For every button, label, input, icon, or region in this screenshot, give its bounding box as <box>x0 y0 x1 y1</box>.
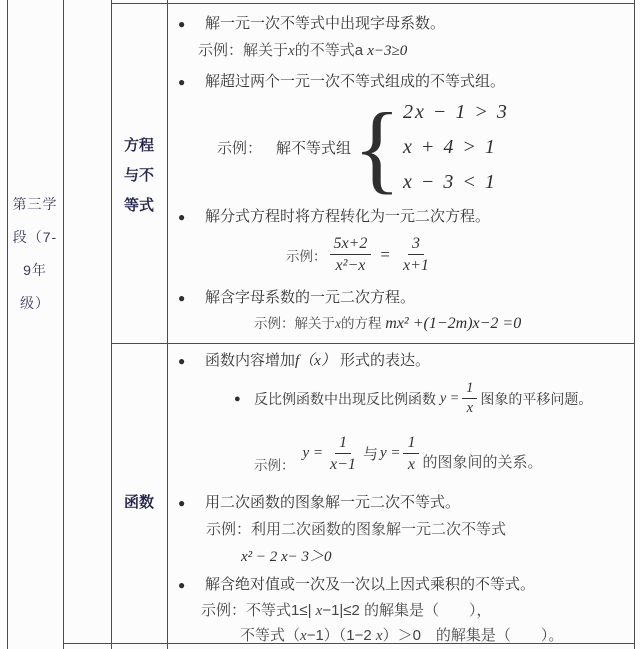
example-line: 示例：解关于x的不等式a x−3≥0 <box>198 40 634 62</box>
bullet-icon: ● <box>178 71 205 93</box>
fraction-numerator: 3 <box>408 234 424 255</box>
table-border-left <box>7 0 8 649</box>
example-line: 不等式（x−1）（1−2 x）＞0 的解集是（ ）。 <box>240 625 634 647</box>
example-label: 示例： <box>254 454 295 474</box>
math-expression: y = <box>303 445 324 462</box>
fraction-numerator: 1 <box>462 380 477 399</box>
list-item: ● 解超过两个一元一次不等式组成的不等式组。 <box>168 71 634 93</box>
document-page: 第三学 段（7- 9年 级） 方程 与不 等式 函数 ● 解一元一次不等式中出现… <box>0 0 640 649</box>
example-inequality-system: 示例： 解不等式组 { 2x − 1 > 3 x + 4 > 1 x − 3 <… <box>217 95 634 200</box>
math-expression: x − 3 < 1 <box>403 165 509 200</box>
table-border-col1-right <box>63 0 64 649</box>
example-text: 示例：解关于 <box>198 42 288 59</box>
example-text: 的方程 <box>341 316 385 331</box>
example-text: 示例：不等式1≤| <box>201 602 316 619</box>
list-item: ● 解含绝对值或一次及一次以上因式乘积的不等式。 <box>168 574 634 596</box>
math-expression: 2x − 1 > 3 <box>403 95 509 130</box>
stage-line: 级） <box>7 287 63 320</box>
cell-equations-content: ● 解一元一次不等式中出现字母系数。 示例：解关于x的不等式a x−3≥0 ● … <box>168 4 634 343</box>
connector-text: 与 <box>363 443 378 464</box>
item-text-part: 反比例函数中出现反比例函数 <box>254 388 436 410</box>
item-text-part: 形式的表达。 <box>336 352 430 369</box>
topic-line: 方程 <box>111 131 167 161</box>
fraction-numerator: 1 <box>403 433 419 454</box>
item-text: 解分式方程时将方程转化为一元二次方程。 <box>205 206 490 228</box>
example-text: 的图象间的关系。 <box>422 452 542 474</box>
item-text: 解含绝对值或一次及一次以上因式乘积的不等式。 <box>205 574 535 596</box>
example-text: 的不等式a <box>295 42 368 59</box>
bullet-icon: ● <box>178 13 205 35</box>
example-text: 不等式（ <box>240 627 300 644</box>
stage-line: 第三学 <box>7 188 63 221</box>
bullet-icon: ● <box>178 206 205 228</box>
math-expression: x² − 2 x− 3＞0 <box>241 545 634 566</box>
math-expression: x + 4 > 1 <box>403 130 509 165</box>
item-text: 反比例函数中出现反比例函数 y = 1 x 图象的平移问题。 <box>254 380 592 417</box>
example-text: ）＞0 的解集是（ ）。 <box>383 627 564 644</box>
fraction-denominator: x²−x <box>332 255 370 275</box>
item-text: 函数内容增加f（x） 形式的表达。 <box>205 350 430 372</box>
example-label: 示例： <box>286 245 327 265</box>
math-expression: mx² +(1−2m)x−2 =0 <box>385 315 521 332</box>
fraction: 3 x+1 <box>399 234 433 275</box>
example-label: 示例： <box>217 137 262 158</box>
fraction-denominator: x+1 <box>399 255 433 275</box>
item-text: 用二次函数的图象解一元二次不等式。 <box>205 492 460 514</box>
list-item: ● 用二次函数的图象解一元二次不等式。 <box>168 492 634 514</box>
fraction-numerator: 1 <box>335 433 351 454</box>
example-line: 示例：利用二次函数的图象解一元二次不等式 <box>206 519 634 541</box>
fraction-denominator: x <box>404 454 419 474</box>
fraction-denominator: x <box>463 399 477 417</box>
math-variable: x <box>288 43 295 59</box>
cell-topic-equations: 方程 与不 等式 <box>111 131 167 221</box>
list-item: ● 函数内容增加f（x） 形式的表达。 <box>168 350 634 372</box>
example-text: 示例：解关于 <box>254 316 335 331</box>
bullet-icon: ● <box>178 350 205 372</box>
example-fraction-relation: 示例： y = 1 x−1 与 y = 1 x 的图象间的关系。 <box>254 433 634 474</box>
stage-line: 9年 <box>7 254 63 287</box>
math-variable: x <box>300 628 307 644</box>
example-text: 示例：利用二次函数的图象解一元二次不等式 <box>206 521 506 538</box>
topic-line: 与不 <box>111 161 167 191</box>
math-expression: y = <box>380 445 401 462</box>
bullet-icon: ● <box>234 388 254 410</box>
item-text: 解一元一次不等式中出现字母系数。 <box>205 13 445 35</box>
math-variable: x <box>376 628 383 644</box>
item-text-part: 函数内容增加 <box>205 352 295 369</box>
item-text: 解超过两个一元一次不等式组成的不等式组。 <box>205 71 505 93</box>
list-item-nested: ● 反比例函数中出现反比例函数 y = 1 x 图象的平移问题。 <box>224 380 634 417</box>
math-expression: x−3≥0 <box>367 43 407 59</box>
cell-functions-content: ● 函数内容增加f（x） 形式的表达。 ● 反比例函数中出现反比例函数 y = … <box>168 344 634 643</box>
math-expression: f（x） <box>295 353 336 369</box>
topic-line: 函数 <box>111 488 167 518</box>
example-line: 示例：不等式1≤| x−1|≤2 的解集是（ ）， <box>201 600 634 622</box>
fraction-numerator: 5x+2 <box>330 234 372 255</box>
cell-topic-functions: 函数 <box>111 488 167 518</box>
fraction: 5x+2 x²−x <box>330 234 372 275</box>
math-expression: y = <box>440 388 459 410</box>
example-fraction-equation: 示例： 5x+2 x²−x = 3 x+1 <box>286 234 634 275</box>
example-text: 解不等式组 <box>276 137 351 158</box>
bullet-icon: ● <box>178 574 205 596</box>
bullet-icon: ● <box>178 287 205 309</box>
bullet-icon: ● <box>178 492 205 514</box>
equals-sign: = <box>380 245 390 265</box>
item-text: 解含字母系数的一元二次方程。 <box>205 287 415 309</box>
cell-stage-label: 第三学 段（7- 9年 级） <box>7 188 63 320</box>
fraction: 1 x−1 <box>326 433 360 474</box>
stage-line: 段（7- <box>7 221 63 254</box>
list-item: ● 解一元一次不等式中出现字母系数。 <box>168 13 634 35</box>
fraction: 1 x <box>462 380 477 417</box>
item-text-part: 图象的平移问题。 <box>480 388 592 410</box>
list-item: ● 解含字母系数的一元二次方程。 <box>168 287 634 309</box>
example-text: −1|≤2 的解集是（ ）， <box>322 602 491 619</box>
list-item: ● 解分式方程时将方程转化为一元二次方程。 <box>168 206 634 228</box>
table-border-col2-right <box>111 0 112 649</box>
example-text: −1）（1−2 <box>307 627 376 644</box>
topic-line: 等式 <box>111 191 167 221</box>
table-border-right <box>634 0 635 649</box>
brace-glyph: { <box>353 96 401 200</box>
fraction-denominator: x−1 <box>326 454 360 474</box>
system-lines: 2x − 1 > 3 x + 4 > 1 x − 3 < 1 <box>403 95 509 200</box>
example-line: 示例：解关于x的方程 mx² +(1−2m)x−2 =0 <box>254 313 634 335</box>
fraction: 1 x <box>403 433 419 474</box>
